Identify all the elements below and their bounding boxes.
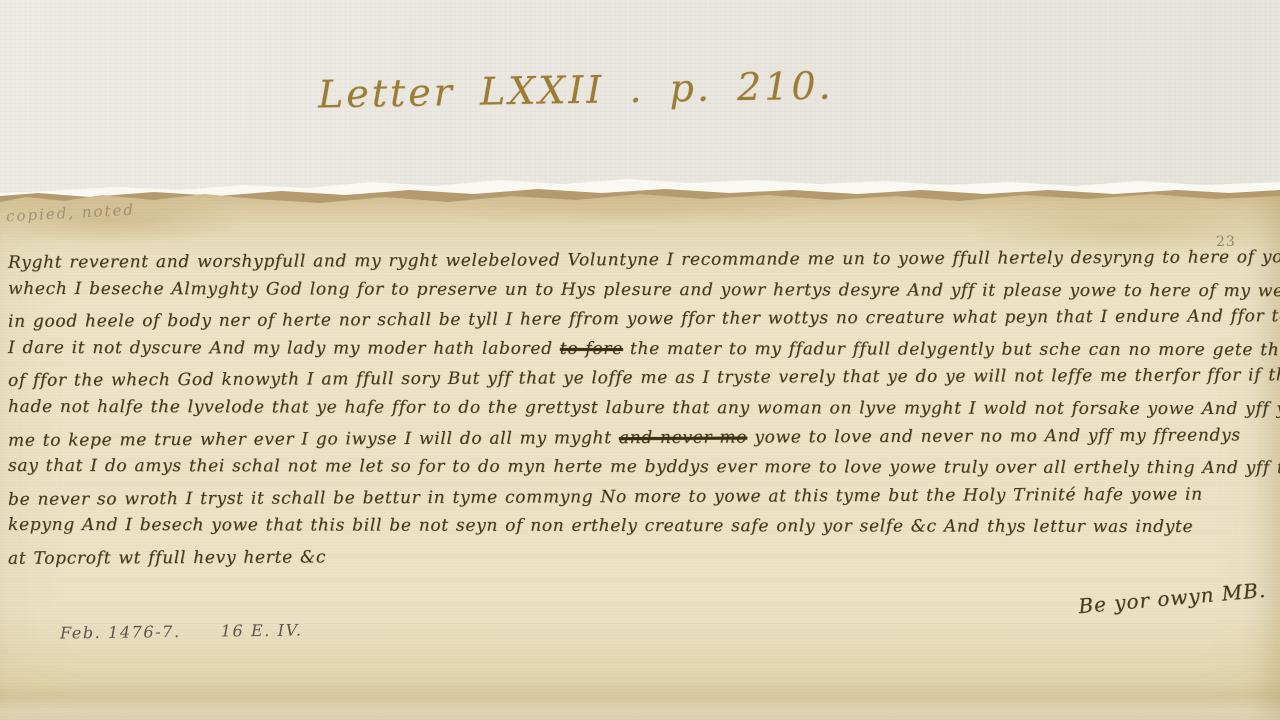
line-text: I dare it not dyscure And my lady my mod… — [8, 338, 553, 359]
line-text: me to kepe me true wher ever I go iwyse … — [8, 428, 612, 451]
line-text: in good heele of body ner of herte nor s… — [8, 306, 1280, 332]
date-annotation: Feb. 1476-7. 16 E. IV. — [60, 621, 303, 643]
letter-number-inscription: Letter LXXII . p. 210. — [318, 64, 834, 117]
manuscript-line: whech I beseche Almyghty God long for to… — [8, 274, 1276, 306]
line-text: kepyng And I besech yowe that this bill … — [8, 515, 1193, 537]
struck-text: to fore — [560, 339, 623, 359]
manuscript-line: Ryght reverent and worshypfull and my ry… — [8, 243, 1276, 278]
line-text: whech I beseche Almyghty God long for to… — [8, 278, 1280, 300]
manuscript-line: kepyng And I besech yowe that this bill … — [8, 511, 1276, 543]
line-text: of ffor the whech God knowyth I am ffull… — [8, 365, 1280, 391]
manuscript-photograph: Letter LXXII . p. 210. copied, noted 23 … — [0, 0, 1280, 720]
manuscript-line: me to kepe me true wher ever I go iwyse … — [8, 421, 1276, 456]
line-text: hade not halfe the lyvelode that ye hafe… — [8, 397, 1280, 419]
manuscript-line: in good heele of body ner of herte nor s… — [8, 302, 1276, 337]
line-text: Ryght reverent and worshypfull and my ry… — [8, 247, 1280, 273]
line-text: yowe to love and never no mo And yff my … — [754, 425, 1241, 447]
manuscript-sheet: copied, noted 23 Ryght reverent and wors… — [0, 188, 1280, 720]
manuscript-line: of ffor the whech God knowyth I am ffull… — [8, 362, 1276, 397]
manuscript-line: be never so wroth I tryst it schall be b… — [8, 480, 1276, 515]
manuscript-line: at Topcroft wt ffull hevy herte &c — [8, 539, 1276, 574]
manuscript-line: hade not halfe the lyvelode that ye hafe… — [8, 393, 1276, 425]
line-text: say that I do amys thei schal not me let… — [8, 456, 1280, 478]
line-text: the mater to my ffadur ffull delygently … — [630, 339, 1280, 360]
manuscript-line: say that I do amys thei schal not me let… — [8, 452, 1276, 484]
manuscript-line: I dare it not dyscure And my lady my mod… — [8, 334, 1276, 366]
letter-text-block: Ryght reverent and worshypfull and my ry… — [8, 246, 1276, 572]
line-text: at Topcroft wt ffull hevy herte &c — [8, 547, 326, 568]
line-text: be never so wroth I tryst it schall be b… — [8, 484, 1203, 509]
struck-text: and never mo — [619, 427, 747, 448]
